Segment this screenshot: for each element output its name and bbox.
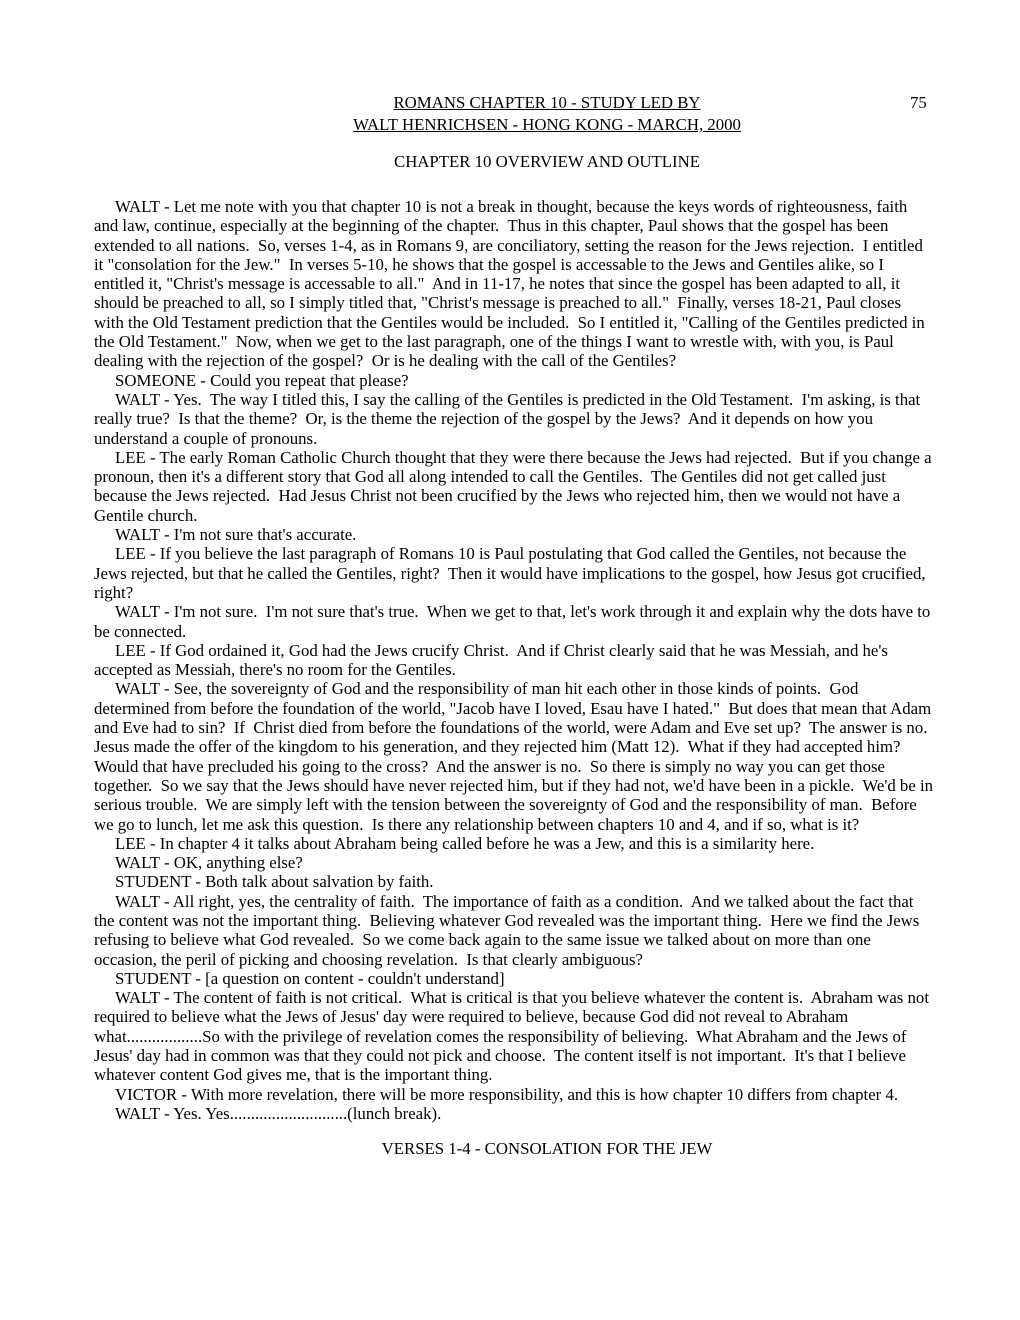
transcript-body: WALT - Let me note with you that chapter… bbox=[94, 197, 935, 1123]
document-title-line2: WALT HENRICHSEN - HONG KONG - MARCH, 200… bbox=[161, 114, 933, 136]
document-page: 75 ROMANS CHAPTER 10 - STUDY LED BY WALT… bbox=[0, 0, 1020, 1320]
transcript-paragraph: VICTOR - With more revelation, there wil… bbox=[94, 1085, 935, 1104]
transcript-paragraph: STUDENT - [a question on content - could… bbox=[94, 969, 935, 988]
transcript-paragraph: WALT - The content of faith is not criti… bbox=[94, 988, 935, 1084]
transcript-paragraph: LEE - If you believe the last paragraph … bbox=[94, 544, 935, 602]
transcript-paragraph: WALT - Let me note with you that chapter… bbox=[94, 197, 935, 371]
transcript-paragraph: WALT - Yes. The way I titled this, I say… bbox=[94, 390, 935, 448]
transcript-paragraph: LEE - If God ordained it, God had the Je… bbox=[94, 641, 935, 680]
section-heading: CHAPTER 10 OVERVIEW AND OUTLINE bbox=[161, 151, 933, 173]
transcript-paragraph: WALT - See, the sovereignty of God and t… bbox=[94, 679, 935, 833]
document-title-line1: ROMANS CHAPTER 10 - STUDY LED BY bbox=[161, 92, 933, 114]
transcript-paragraph: WALT - I'm not sure that's accurate. bbox=[94, 525, 935, 544]
transcript-paragraph: WALT - All right, yes, the centrality of… bbox=[94, 892, 935, 969]
transcript-paragraph: LEE - In chapter 4 it talks about Abraha… bbox=[94, 834, 935, 853]
verses-heading: VERSES 1-4 - CONSOLATION FOR THE JEW bbox=[95, 1138, 933, 1160]
transcript-paragraph: LEE - The early Roman Catholic Church th… bbox=[94, 448, 935, 525]
transcript-paragraph: SOMEONE - Could you repeat that please? bbox=[94, 371, 935, 390]
transcript-paragraph: WALT - OK, anything else? bbox=[94, 853, 935, 872]
page-number: 75 bbox=[910, 92, 927, 114]
transcript-paragraph: STUDENT - Both talk about salvation by f… bbox=[94, 872, 935, 891]
transcript-paragraph: WALT - Yes. Yes.........................… bbox=[94, 1104, 935, 1123]
document-header: ROMANS CHAPTER 10 - STUDY LED BY WALT HE… bbox=[95, 0, 933, 173]
transcript-paragraph: WALT - I'm not sure. I'm not sure that's… bbox=[94, 602, 935, 641]
